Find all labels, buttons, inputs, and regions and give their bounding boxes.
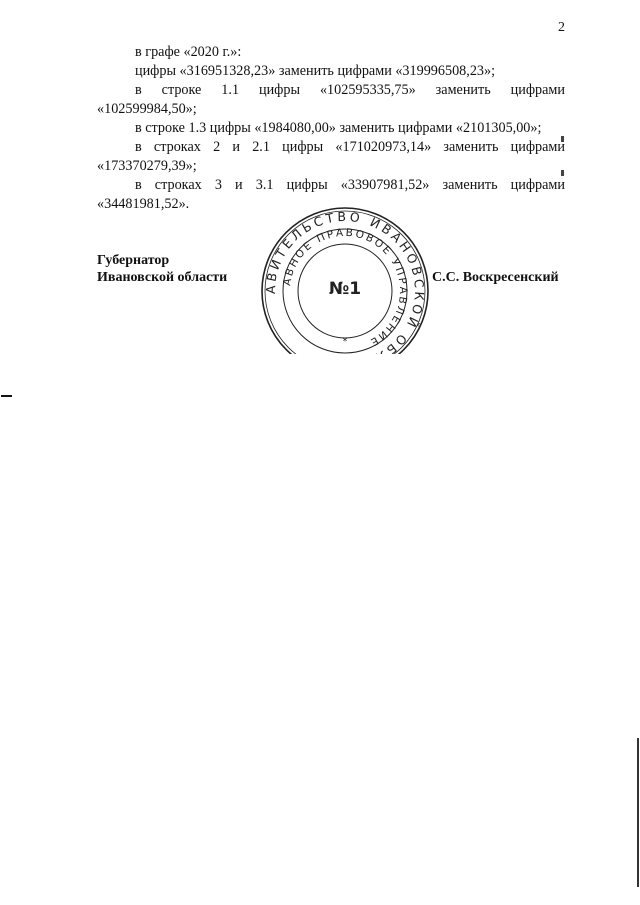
stamp-center-number: №1: [329, 279, 361, 299]
paragraph-row-1-1: в строке 1.1 цифры «102595335,75» замени…: [97, 81, 565, 119]
paragraph-row-1-3: в строке 1.3 цифры «1984080,00» заменить…: [97, 119, 565, 138]
signatory-name: С.С. Воскресенский: [432, 269, 559, 286]
signatory-region: Ивановской области: [97, 269, 227, 286]
scan-edge-mark: [561, 170, 564, 176]
paragraph-rows-2-2-1: в строках 2 и 2.1 цифры «171020973,14» з…: [97, 138, 565, 176]
scan-margin-mark: [1, 395, 12, 397]
stamp-star: *: [343, 337, 348, 347]
paragraph-total-figures: цифры «316951328,23» заменить цифрами «3…: [97, 62, 565, 81]
paragraph-column-2020: в графе «2020 г.»:: [97, 43, 565, 62]
stamp-seal-icon: ПРАВИТЕЛЬСТВО ИВАНОВСКОЙ ОБЛАСТИ ГЛАВНОЕ…: [258, 204, 434, 354]
document-body: в графе «2020 г.»: цифры «316951328,23» …: [97, 43, 565, 214]
signatory-title: Губернатор Ивановской области: [97, 252, 227, 286]
page-number: 2: [558, 20, 565, 36]
official-stamp: ПРАВИТЕЛЬСТВО ИВАНОВСКОЙ ОБЛАСТИ ГЛАВНОЕ…: [258, 204, 434, 354]
scan-edge-line: [637, 738, 639, 887]
scan-edge-mark: [561, 136, 564, 142]
signatory-position: Губернатор: [97, 252, 227, 269]
